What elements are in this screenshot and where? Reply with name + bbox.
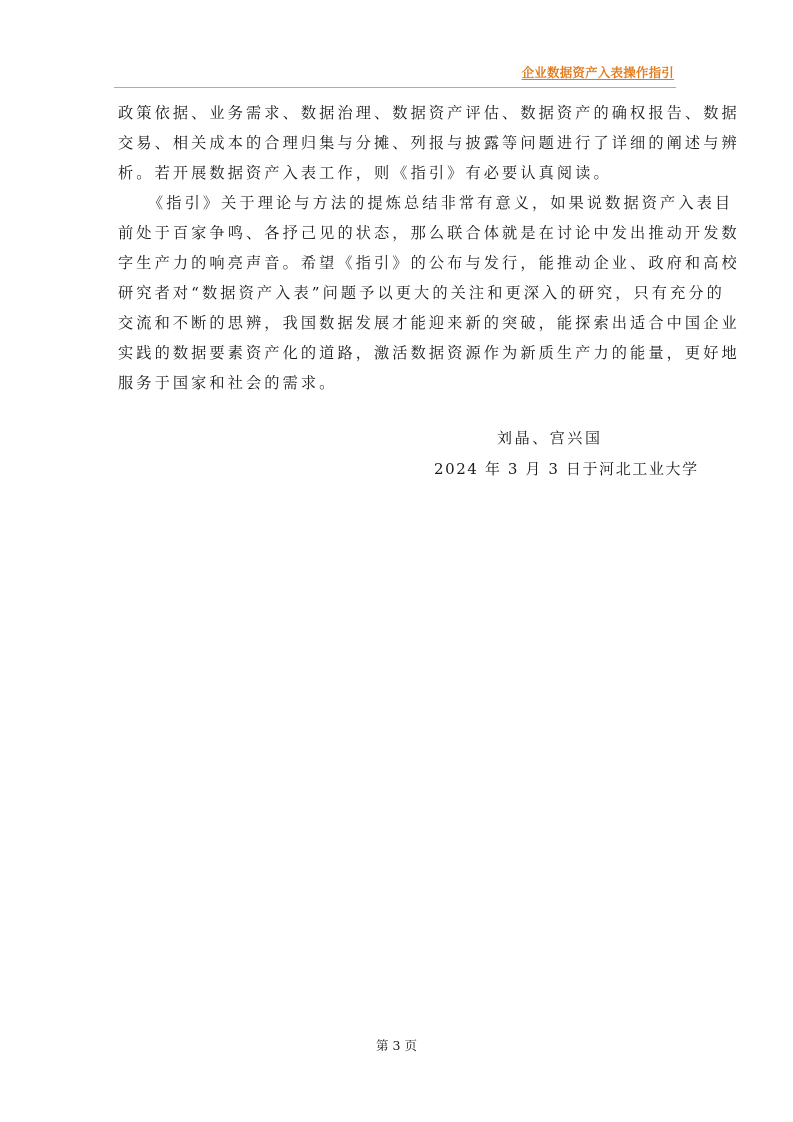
text-line: 析。若开展数据资产入表工作，则《指引》有必要认真阅读。 (118, 158, 678, 188)
text-line: 前处于百家争鸣、各抒己见的状态，那么联合体就是在讨论中发出推动开发数 (118, 218, 678, 248)
text-line: 交易、相关成本的合理归集与分摊、列报与披露等问题进行了详细的阐述与辨 (118, 128, 678, 158)
text-line: 政策依据、业务需求、数据治理、数据资产评估、数据资产的确权报告、数据 (118, 98, 678, 128)
text-line: 研究者对“数据资产入表”问题予以更大的关注和更深入的研究，只有充分的 (118, 278, 678, 308)
date-and-place: 2024 年 3 月 3 日于河北工业大学 (434, 454, 699, 484)
body-text: 政策依据、业务需求、数据治理、数据资产评估、数据资产的确权报告、数据 交易、相关… (118, 98, 678, 398)
text-line: 服务于国家和社会的需求。 (118, 368, 678, 398)
running-header: 企业数据资产入表操作指引 (114, 62, 676, 88)
author-names: 刘晶、宫兴国 (497, 423, 603, 453)
text-line: 字生产力的响亮声音。希望《指引》的公布与发行，能推动企业、政府和高校 (118, 248, 678, 278)
text-line: 《指引》关于理论与方法的提炼总结非常有意义，如果说数据资产入表目 (118, 188, 678, 218)
document-title: 企业数据资产入表操作指引 (522, 62, 676, 84)
page-number: 第 3 页 (0, 1037, 793, 1055)
paragraph-1: 政策依据、业务需求、数据治理、数据资产评估、数据资产的确权报告、数据 交易、相关… (118, 98, 678, 188)
text-line: 实践的数据要素资产化的道路，激活数据资源作为新质生产力的能量，更好地 (118, 338, 678, 368)
paragraph-2: 《指引》关于理论与方法的提炼总结非常有意义，如果说数据资产入表目 前处于百家争鸣… (118, 188, 678, 398)
text-line: 交流和不断的思辨，我国数据发展才能迎来新的突破，能探索出适合中国企业 (118, 308, 678, 338)
